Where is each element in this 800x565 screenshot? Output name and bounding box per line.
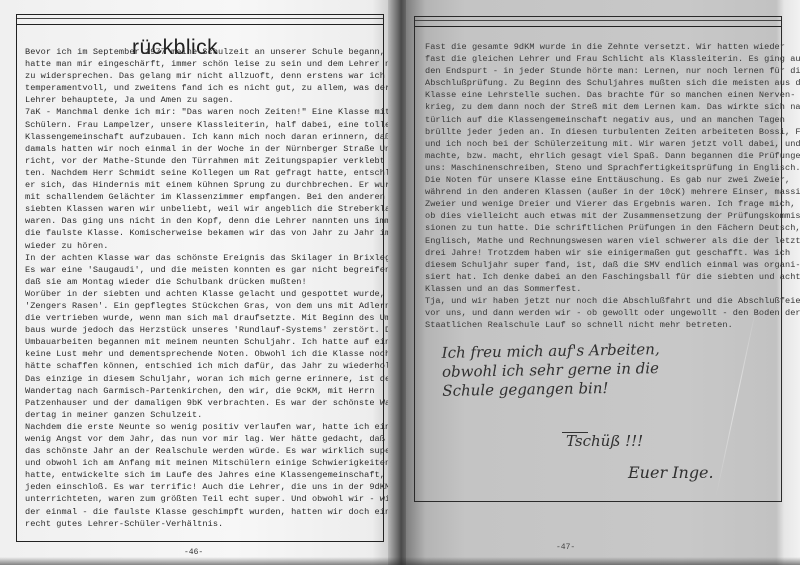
- text-line: und obwohl ich am Anfang mit meinen Mits…: [25, 457, 411, 469]
- text-line: recht gutes Lehrer-Schüler-Verhältnis.: [25, 518, 411, 530]
- handwritten-message: Ich freu mich auf's Arbeiten,obwohl ich …: [442, 340, 661, 401]
- text-line: richt, vor der Mathe-Stunde den Türrahme…: [25, 155, 411, 167]
- right-page: Fast die gesamte 9dKM wurde in die Zehnt…: [406, 0, 800, 565]
- text-line: wenig Angst vor dem Jahr, das nun vor mi…: [25, 433, 411, 445]
- bottom-shadow: [0, 557, 800, 565]
- text-line: waren. Das ging uns nicht in den Kopf, d…: [25, 215, 411, 227]
- text-line: keine Lust mehr und dementsprechende Not…: [25, 348, 411, 360]
- text-line: und ich noch bei der Schülerzeitung mit.…: [425, 138, 800, 150]
- text-line: Lehrer behauptete, Ja und Amen zu sagen.: [25, 94, 411, 106]
- text-line: damals hatten wir noch einmal in der Woc…: [25, 143, 411, 155]
- left-page-number: -46-: [184, 548, 203, 557]
- handwritten-line: obwohl ich sehr gerne in die: [442, 359, 660, 382]
- text-line: Klassen und an das Sommerfest.: [425, 283, 800, 295]
- text-line: Die Noten für unsere Klasse eine Enttäus…: [425, 174, 800, 186]
- text-line: Klasse eine Lehrstelle suchen. Das brach…: [425, 89, 800, 101]
- text-line: wieder zu hören.: [25, 240, 411, 252]
- right-page-body-text: Fast die gesamte 9dKM wurde in die Zehnt…: [425, 41, 800, 331]
- text-line: 'Zengers Rasen'. Ein gepflegtes Stückche…: [25, 300, 411, 312]
- text-line: siert hat. Ich denke dabei an den Faschi…: [425, 271, 800, 283]
- text-line: Das einzige in diesem Schuljahr, woran i…: [25, 373, 411, 385]
- header-double-rule: [415, 17, 781, 27]
- text-line: Umbauarbeiten begannen mit meinem neunte…: [25, 336, 411, 348]
- text-line: Schülern. Frau Lampelzer, unsere Klassle…: [25, 119, 411, 131]
- header-double-rule: [17, 15, 383, 25]
- text-line: die faulste Klasse. Komischerweise bekam…: [25, 227, 411, 239]
- left-page: rückblick Bevor ich im September 1977 me…: [0, 0, 392, 565]
- text-line: brüllte jeder jeden an. In diesen turbul…: [425, 126, 800, 138]
- text-line: Englisch, Mathe und Rechnungswesen waren…: [425, 235, 800, 247]
- left-page-body-text: Bevor ich im September 1977 meine Schulz…: [25, 46, 411, 530]
- text-line: diesem Schuljahr super fand, ist, daß di…: [425, 259, 800, 271]
- text-line: ten. Nachdem Herr Schmidt seine Kollegen…: [25, 167, 411, 179]
- text-line: hätte schaffen können, entschied ich mic…: [25, 360, 411, 372]
- text-line: machte, bzw. macht, ehrlich gesagt viel …: [425, 150, 800, 162]
- text-line: daß sie am Montag wieder die Schulbank d…: [25, 276, 411, 288]
- text-line: baus wurde jedoch das Herzstück unseres …: [25, 324, 411, 336]
- text-line: hatte man mir eingeschärft, immer schön …: [25, 58, 411, 70]
- text-line: Nachdem die erste Neunte so wenig positi…: [25, 421, 411, 433]
- text-line: Fast die gesamte 9dKM wurde in die Zehnt…: [425, 41, 800, 53]
- text-line: Tja, und wir haben jetzt nur noch die Ab…: [425, 295, 800, 307]
- text-line: krieg, zu dem dann noch der Streß mit de…: [425, 101, 800, 113]
- text-line: mit schallendem Gelächter im Klassenzimm…: [25, 191, 411, 203]
- text-line: Wandertag nach Garmisch-Partenkirchen, d…: [25, 385, 411, 397]
- text-line: jeden einschloß. Es war terrific! Auch d…: [25, 481, 411, 493]
- text-line: uns: Maschinenschreiben, Steno und Sprac…: [425, 162, 800, 174]
- text-line: In der achten Klasse war das schönste Er…: [25, 252, 411, 264]
- text-line: Abschlußprüfung. Zu Beginn des Schuljahr…: [425, 77, 800, 89]
- right-page-frame: Fast die gesamte 9dKM wurde in die Zehnt…: [414, 16, 782, 502]
- text-line: Bevor ich im September 1977 meine Schulz…: [25, 46, 411, 58]
- text-line: Patzenhauser und der damaligen 9bK verbr…: [25, 397, 411, 409]
- text-line: den Endspurt - in jeder Stunde hörte man…: [425, 65, 800, 77]
- text-line: während in den anderen Klassen (außer in…: [425, 186, 800, 198]
- text-line: Staatlichen Realschule Lauf so schnell n…: [425, 319, 800, 331]
- text-line: der einmal - die faulste Klasse geschimp…: [25, 506, 411, 518]
- text-line: hatte, entwickelte sich im Laufe des Jah…: [25, 469, 411, 481]
- text-line: drei Jahre! Trotzdem haben wir sie einig…: [425, 247, 800, 259]
- text-line: sionen zu tun hatte. Die schriftlichen P…: [425, 222, 800, 234]
- text-line: türlich auf die Klassengemeinschaft nega…: [425, 114, 800, 126]
- text-line: er sich, das Hindernis mit einem kühnen …: [25, 179, 411, 191]
- text-line: die vertrieben wurde, wenn man sich mal …: [25, 312, 411, 324]
- right-page-number: -47-: [556, 543, 575, 552]
- handwritten-line: Schule gegangen bin!: [442, 378, 660, 401]
- text-line: vor uns, und dann werden wir - ob gewoll…: [425, 307, 800, 319]
- handwritten-farewell: Tschüß !!!: [566, 432, 643, 451]
- left-page-frame: rückblick Bevor ich im September 1977 me…: [16, 14, 384, 542]
- text-line: dertag in meiner ganzen Schulzeit.: [25, 409, 411, 421]
- text-line: zu widersprechen. Das gelang mir nicht a…: [25, 70, 411, 82]
- text-line: Zweier und wenige Dreier und Vierer das …: [425, 198, 800, 210]
- handwritten-signature: Euer Inge.: [628, 463, 714, 482]
- text-line: unterrichteten, waren zum größten Teil e…: [25, 493, 411, 505]
- text-line: temperamentvoll, und zweitens fand ich e…: [25, 82, 411, 94]
- text-line: Klassengemeinschaft aufzubauen. Ich kann…: [25, 131, 411, 143]
- text-line: Es war eine 'Saugaudi', und die meisten …: [25, 264, 411, 276]
- text-line: siebten Klassen waren wir unbeliebt, wei…: [25, 203, 411, 215]
- text-line: Worüber in der siebten und achten Klasse…: [25, 288, 411, 300]
- text-line: das schönste Jahr an der Realschule werd…: [25, 445, 411, 457]
- text-line: 7aK - Manchmal denke ich mir: "Das waren…: [25, 106, 411, 118]
- text-line: ob dies vielleicht auch etwas mit der Zu…: [425, 210, 800, 222]
- text-line: fast die gleichen Lehrer und Frau Schlic…: [425, 53, 800, 65]
